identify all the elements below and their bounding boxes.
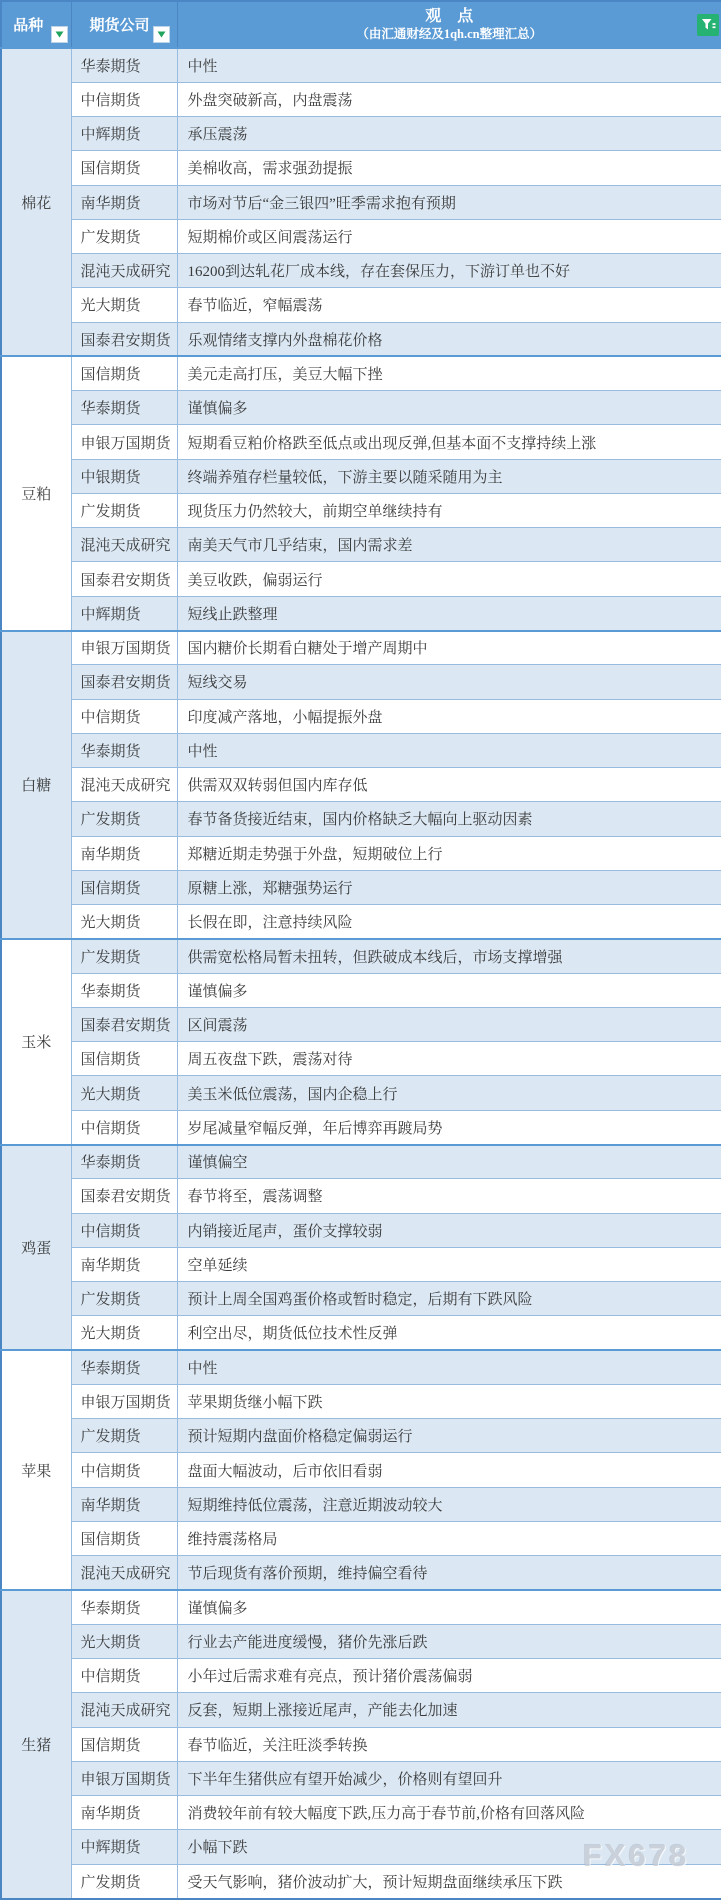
view-cell[interactable]: 外盘突破新高，内盘震荡: [177, 82, 721, 116]
table-row: 光大期货春节临近，窄幅震荡: [1, 288, 721, 322]
table-row: 中信期货岁尾减量窄幅反弹，年后博弈再踱局势: [1, 1110, 721, 1144]
view-cell[interactable]: 春节将至，震荡调整: [177, 1179, 721, 1213]
company-cell[interactable]: 国泰君安期货: [71, 665, 177, 699]
table-row: 南华期货消费较年前有较大幅度下跌,压力高于春节前,价格有回落风险: [1, 1796, 721, 1830]
table-row: 生猪华泰期货谨慎偏多: [1, 1590, 721, 1624]
table-row: 国泰君安期货美豆收跌，偏弱运行: [1, 562, 721, 596]
view-cell[interactable]: 供需宽松格局暂未扭转，但跌破成本线后，市场支撑增强: [177, 939, 721, 973]
header-row: 品种 期货公司 观 点: [1, 1, 721, 48]
view-cell[interactable]: 预计上周全国鸡蛋价格或暂时稳定，后期有下跌风险: [177, 1282, 721, 1316]
view-cell[interactable]: 美元走高打压，美豆大幅下挫: [177, 356, 721, 390]
table-row: 申银万国期货苹果期货继小幅下跌: [1, 1384, 721, 1418]
view-cell[interactable]: 行业去产能进度缓慢，猪价先涨后跌: [177, 1624, 721, 1658]
view-cell[interactable]: 16200到达轧花厂成本线，存在套保压力，下游订单也不好: [177, 254, 721, 288]
company-cell[interactable]: 广发期货: [71, 1419, 177, 1453]
table-row: 混沌天成研究16200到达轧花厂成本线，存在套保压力，下游订单也不好: [1, 254, 721, 288]
view-cell[interactable]: 承压震荡: [177, 117, 721, 151]
company-cell[interactable]: 光大期货: [71, 1076, 177, 1110]
company-cell[interactable]: 广发期货: [71, 939, 177, 973]
view-cell[interactable]: 谨慎偏多: [177, 1590, 721, 1624]
view-cell[interactable]: 预计短期内盘面价格稳定偏弱运行: [177, 1419, 721, 1453]
table-row: 混沌天成研究供需双双转弱但国内库存低: [1, 768, 721, 802]
table-row: 混沌天成研究南美天气市几乎结束，国内需求差: [1, 528, 721, 562]
company-cell[interactable]: 中信期货: [71, 1110, 177, 1144]
table-row: 国信期货周五夜盘下跌，震荡对待: [1, 1042, 721, 1076]
table-row: 中信期货盘面大幅波动，后市依旧看弱: [1, 1453, 721, 1487]
view-cell[interactable]: 内销接近尾声，蛋价支撑较弱: [177, 1213, 721, 1247]
company-cell[interactable]: 华泰期货: [71, 733, 177, 767]
header-view-subtitle: （由汇通财经及1qh.cn整理汇总）: [178, 27, 721, 43]
company-filter-dropdown[interactable]: [153, 26, 170, 43]
view-cell[interactable]: 谨慎偏空: [177, 1145, 721, 1179]
company-cell[interactable]: 光大期货: [71, 288, 177, 322]
table-row: 中信期货印度减产落地，小幅提振外盘: [1, 699, 721, 733]
view-cell[interactable]: 中性: [177, 48, 721, 82]
view-cell[interactable]: 市场对节后“金三银四”旺季需求抱有预期: [177, 185, 721, 219]
company-cell[interactable]: 国信期货: [71, 151, 177, 185]
company-cell[interactable]: 华泰期货: [71, 1350, 177, 1384]
header-variety-label: 品种: [13, 18, 43, 34]
table-row: 国泰君安期货春节将至，震荡调整: [1, 1179, 721, 1213]
variety-cell[interactable]: 棉花: [1, 48, 71, 356]
view-cell[interactable]: 谨慎偏多: [177, 973, 721, 1007]
company-cell[interactable]: 中信期货: [71, 1658, 177, 1692]
view-cell[interactable]: 美棉收高，需求强劲提振: [177, 151, 721, 185]
view-cell[interactable]: 国内糖价长期看白糖处于增产周期中: [177, 631, 721, 665]
table-row: 广发期货受天气影响，猪价波动扩大，预计短期盘面继续承压下跌: [1, 1864, 721, 1899]
variety-cell[interactable]: 生猪: [1, 1590, 71, 1899]
variety-cell[interactable]: 鸡蛋: [1, 1145, 71, 1351]
company-cell[interactable]: 广发期货: [71, 1282, 177, 1316]
view-cell[interactable]: 供需双双转弱但国内库存低: [177, 768, 721, 802]
company-cell[interactable]: 国信期货: [71, 1727, 177, 1761]
company-cell[interactable]: 中银期货: [71, 459, 177, 493]
view-cell[interactable]: 受天气影响，猪价波动扩大，预计短期盘面继续承压下跌: [177, 1864, 721, 1899]
table-row: 国泰君安期货短线交易: [1, 665, 721, 699]
variety-cell[interactable]: 白糖: [1, 631, 71, 939]
view-cell[interactable]: 终端养殖存栏量较低，下游主要以随采随用为主: [177, 459, 721, 493]
view-cell[interactable]: 盘面大幅波动，后市依旧看弱: [177, 1453, 721, 1487]
table-row: 混沌天成研究节后现货有落价预期，维持偏空看待: [1, 1556, 721, 1590]
table-row: 国泰君安期货区间震荡: [1, 1007, 721, 1041]
table-row: 光大期货利空出尽，期货低位技术性反弹: [1, 1316, 721, 1350]
company-cell[interactable]: 国信期货: [71, 870, 177, 904]
company-cell[interactable]: 广发期货: [71, 493, 177, 527]
header-view-title: 观 点: [178, 7, 721, 27]
table-row: 华泰期货谨慎偏多: [1, 391, 721, 425]
table-row: 豆粕国信期货美元走高打压，美豆大幅下挫: [1, 356, 721, 390]
table-row: 中信期货小年过后需求难有亮点，预计猪价震荡偏弱: [1, 1658, 721, 1692]
company-cell[interactable]: 广发期货: [71, 802, 177, 836]
company-cell[interactable]: 南华期货: [71, 1247, 177, 1281]
table-row: 广发期货预计短期内盘面价格稳定偏弱运行: [1, 1419, 721, 1453]
company-cell[interactable]: 国泰君安期货: [71, 562, 177, 596]
company-cell[interactable]: 光大期货: [71, 905, 177, 939]
view-cell[interactable]: 反套，短期上涨接近尾声，产能去化加速: [177, 1693, 721, 1727]
company-cell[interactable]: 国泰君安期货: [71, 1007, 177, 1041]
view-cell[interactable]: 周五夜盘下跌，震荡对待: [177, 1042, 721, 1076]
view-cell[interactable]: 长假在即，注意持续风险: [177, 905, 721, 939]
company-cell[interactable]: 申银万国期货: [71, 631, 177, 665]
view-cell[interactable]: 小幅下跌: [177, 1830, 721, 1864]
table-row: 中信期货外盘突破新高，内盘震荡: [1, 82, 721, 116]
table-row: 棉花华泰期货中性: [1, 48, 721, 82]
view-cell[interactable]: 短期看豆粕价格跌至低点或出现反弹,但基本面不支撑持续上涨: [177, 425, 721, 459]
view-cell[interactable]: 短线交易: [177, 665, 721, 699]
view-cell[interactable]: 印度减产落地，小幅提振外盘: [177, 699, 721, 733]
table-row: 玉米广发期货供需宽松格局暂未扭转，但跌破成本线后，市场支撑增强: [1, 939, 721, 973]
company-cell[interactable]: 南华期货: [71, 1796, 177, 1830]
company-cell[interactable]: 南华期货: [71, 1487, 177, 1521]
view-cell[interactable]: 美豆收跌，偏弱运行: [177, 562, 721, 596]
view-cell[interactable]: 空单延续: [177, 1247, 721, 1281]
header-company-label: 期货公司: [90, 18, 150, 34]
variety-cell[interactable]: 玉米: [1, 939, 71, 1145]
company-cell[interactable]: 国泰君安期货: [71, 322, 177, 356]
variety-filter-dropdown[interactable]: [51, 26, 68, 43]
view-cell[interactable]: 原糖上涨，郑糖强势运行: [177, 870, 721, 904]
filter-funnel-icon[interactable]: [697, 14, 719, 36]
table-row: 南华期货市场对节后“金三银四”旺季需求抱有预期: [1, 185, 721, 219]
company-cell[interactable]: 申银万国期货: [71, 425, 177, 459]
table-row: 中信期货内销接近尾声，蛋价支撑较弱: [1, 1213, 721, 1247]
table-row: 光大期货行业去产能进度缓慢，猪价先涨后跌: [1, 1624, 721, 1658]
table-row: 光大期货长假在即，注意持续风险: [1, 905, 721, 939]
company-cell[interactable]: 南华期货: [71, 836, 177, 870]
header-variety: 品种: [1, 1, 71, 48]
table-row: 国泰君安期货乐观情绪支撑内外盘棉花价格: [1, 322, 721, 356]
company-cell[interactable]: 国信期货: [71, 1521, 177, 1555]
table-body: 棉花华泰期货中性中信期货外盘突破新高，内盘震荡中辉期货承压震荡国信期货美棉收高，…: [1, 48, 721, 1899]
view-cell[interactable]: 短期维持低位震荡，注意近期波动较大: [177, 1487, 721, 1521]
table-row: 广发期货春节备货接近结束，国内价格缺乏大幅向上驱动因素: [1, 802, 721, 836]
view-cell[interactable]: 节后现货有落价预期，维持偏空看待: [177, 1556, 721, 1590]
company-cell[interactable]: 中辉期货: [71, 1830, 177, 1864]
view-cell[interactable]: 中性: [177, 1350, 721, 1384]
view-cell[interactable]: 现货压力仍然较大，前期空单继续持有: [177, 493, 721, 527]
variety-cell[interactable]: 苹果: [1, 1350, 71, 1590]
view-cell[interactable]: 下半年生猪供应有望开始减少，价格则有望回升: [177, 1761, 721, 1795]
company-cell[interactable]: 华泰期货: [71, 1590, 177, 1624]
table-row: 华泰期货谨慎偏多: [1, 973, 721, 1007]
table-row: 混沌天成研究反套，短期上涨接近尾声，产能去化加速: [1, 1693, 721, 1727]
table-row: 广发期货预计上周全国鸡蛋价格或暂时稳定，后期有下跌风险: [1, 1282, 721, 1316]
view-cell[interactable]: 春节备货接近结束，国内价格缺乏大幅向上驱动因素: [177, 802, 721, 836]
company-cell[interactable]: 中辉期货: [71, 117, 177, 151]
view-cell[interactable]: 南美天气市几乎结束，国内需求差: [177, 528, 721, 562]
view-cell[interactable]: 岁尾减量窄幅反弹，年后博弈再踱局势: [177, 1110, 721, 1144]
company-cell[interactable]: 混沌天成研究: [71, 768, 177, 802]
company-cell[interactable]: 混沌天成研究: [71, 1693, 177, 1727]
table-row: 中辉期货小幅下跌: [1, 1830, 721, 1864]
view-cell[interactable]: 春节临近，窄幅震荡: [177, 288, 721, 322]
chevron-down-icon: [55, 31, 64, 38]
view-cell[interactable]: 美玉米低位震荡，国内企稳上行: [177, 1076, 721, 1110]
company-cell[interactable]: 中信期货: [71, 1213, 177, 1247]
company-cell[interactable]: 南华期货: [71, 185, 177, 219]
chevron-down-icon: [157, 31, 166, 38]
view-cell[interactable]: 中性: [177, 733, 721, 767]
table-row: 南华期货郑糖近期走势强于外盘，短期破位上行: [1, 836, 721, 870]
table-row: 苹果华泰期货中性: [1, 1350, 721, 1384]
company-cell[interactable]: 广发期货: [71, 219, 177, 253]
futures-views-sheet: 品种 期货公司 观 点: [0, 0, 721, 1900]
view-cell[interactable]: 消费较年前有较大幅度下跌,压力高于春节前,价格有回落风险: [177, 1796, 721, 1830]
company-cell[interactable]: 国信期货: [71, 1042, 177, 1076]
table-row: 国信期货美棉收高，需求强劲提振: [1, 151, 721, 185]
company-cell[interactable]: 混沌天成研究: [71, 1556, 177, 1590]
table-row: 鸡蛋华泰期货谨慎偏空: [1, 1145, 721, 1179]
table-row: 中辉期货短线止跌整理: [1, 596, 721, 630]
company-cell[interactable]: 国泰君安期货: [71, 1179, 177, 1213]
company-cell[interactable]: 华泰期货: [71, 48, 177, 82]
table-row: 白糖申银万国期货国内糖价长期看白糖处于增产周期中: [1, 631, 721, 665]
company-cell[interactable]: 华泰期货: [71, 973, 177, 1007]
view-cell[interactable]: 区间震荡: [177, 1007, 721, 1041]
company-cell[interactable]: 混沌天成研究: [71, 528, 177, 562]
variety-cell[interactable]: 豆粕: [1, 356, 71, 630]
company-cell[interactable]: 申银万国期货: [71, 1384, 177, 1418]
funnel-icon: [701, 18, 716, 32]
company-cell[interactable]: 光大期货: [71, 1316, 177, 1350]
table-row: 国信期货春节临近，关注旺淡季转换: [1, 1727, 721, 1761]
header-company: 期货公司: [71, 1, 177, 48]
header-view: 观 点 （由汇通财经及1qh.cn整理汇总）: [177, 1, 721, 48]
view-cell[interactable]: 春节临近，关注旺淡季转换: [177, 1727, 721, 1761]
company-cell[interactable]: 华泰期货: [71, 1145, 177, 1179]
view-cell[interactable]: 利空出尽，期货低位技术性反弹: [177, 1316, 721, 1350]
view-cell[interactable]: 短期棉价或区间震荡运行: [177, 219, 721, 253]
company-cell[interactable]: 中信期货: [71, 82, 177, 116]
table-row: 南华期货空单延续: [1, 1247, 721, 1281]
company-cell[interactable]: 申银万国期货: [71, 1761, 177, 1795]
table-row: 华泰期货中性: [1, 733, 721, 767]
table-row: 国信期货维持震荡格局: [1, 1521, 721, 1555]
company-cell[interactable]: 国信期货: [71, 356, 177, 390]
table-row: 南华期货短期维持低位震荡，注意近期波动较大: [1, 1487, 721, 1521]
company-cell[interactable]: 中信期货: [71, 1453, 177, 1487]
table-row: 申银万国期货短期看豆粕价格跌至低点或出现反弹,但基本面不支撑持续上涨: [1, 425, 721, 459]
futures-views-table: 品种 期货公司 观 点: [0, 0, 721, 1900]
view-cell[interactable]: 乐观情绪支撑内外盘棉花价格: [177, 322, 721, 356]
table-row: 国信期货原糖上涨，郑糖强势运行: [1, 870, 721, 904]
company-cell[interactable]: 混沌天成研究: [71, 254, 177, 288]
view-cell[interactable]: 谨慎偏多: [177, 391, 721, 425]
table-row: 申银万国期货下半年生猪供应有望开始减少，价格则有望回升: [1, 1761, 721, 1795]
table-row: 广发期货短期棉价或区间震荡运行: [1, 219, 721, 253]
view-cell[interactable]: 短线止跌整理: [177, 596, 721, 630]
company-cell[interactable]: 光大期货: [71, 1624, 177, 1658]
company-cell[interactable]: 华泰期货: [71, 391, 177, 425]
view-cell[interactable]: 苹果期货继小幅下跌: [177, 1384, 721, 1418]
table-row: 中银期货终端养殖存栏量较低，下游主要以随采随用为主: [1, 459, 721, 493]
table-row: 光大期货美玉米低位震荡，国内企稳上行: [1, 1076, 721, 1110]
view-cell[interactable]: 维持震荡格局: [177, 1521, 721, 1555]
view-cell[interactable]: 小年过后需求难有亮点，预计猪价震荡偏弱: [177, 1658, 721, 1692]
view-cell[interactable]: 郑糖近期走势强于外盘，短期破位上行: [177, 836, 721, 870]
company-cell[interactable]: 广发期货: [71, 1864, 177, 1899]
table-row: 中辉期货承压震荡: [1, 117, 721, 151]
company-cell[interactable]: 中辉期货: [71, 596, 177, 630]
table-row: 广发期货现货压力仍然较大，前期空单继续持有: [1, 493, 721, 527]
company-cell[interactable]: 中信期货: [71, 699, 177, 733]
